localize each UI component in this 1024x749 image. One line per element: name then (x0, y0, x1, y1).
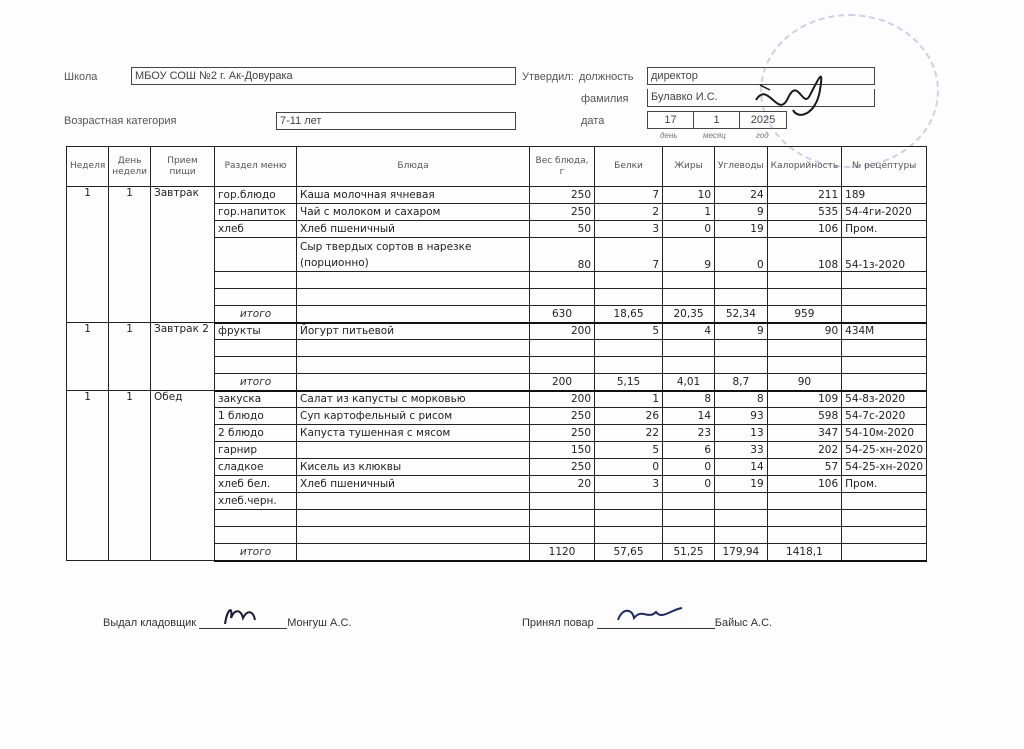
section-cell (215, 289, 297, 306)
section-cell: 2 блюдо (215, 425, 297, 442)
recipe-cell (842, 357, 927, 374)
protein-cell: 5 (595, 442, 663, 459)
kcal-cell (767, 510, 841, 527)
date-month-field[interactable]: 1 (693, 111, 740, 129)
kcal-cell: 211 (767, 187, 841, 204)
section-cell: гор.блюдо (215, 187, 297, 204)
section-cell (215, 357, 297, 374)
weight-cell: 80 (530, 238, 595, 272)
age-category-label: Возрастная категория (64, 115, 176, 127)
section-cell (215, 510, 297, 527)
protein-cell (595, 510, 663, 527)
total-protein: 18,65 (595, 306, 663, 323)
dish-cell: Сыр твердых сортов в нарезке (порционно) (297, 238, 530, 272)
section-cell: хлеб бел. (215, 476, 297, 493)
dish-cell (297, 527, 530, 544)
weight-cell (530, 510, 595, 527)
protein-cell (595, 272, 663, 289)
issued-label: Выдал кладовщик (103, 617, 196, 629)
issued-name: Монгуш А.С. (287, 617, 351, 629)
recipe-cell (842, 527, 927, 544)
column-header: Жиры (663, 147, 715, 187)
kcal-cell: 109 (767, 391, 841, 408)
dish-cell (297, 340, 530, 357)
section-cell: гор.напиток (215, 204, 297, 221)
column-header: № рецептуры (842, 147, 927, 187)
weight-cell: 150 (530, 442, 595, 459)
weight-cell (530, 527, 595, 544)
carbs-cell (715, 272, 768, 289)
total-weight: 630 (530, 306, 595, 323)
kcal-cell: 535 (767, 204, 841, 221)
fat-cell (663, 527, 715, 544)
recipe-cell (842, 493, 927, 510)
recipe-cell: 54-8з-2020 (842, 391, 927, 408)
weight-cell: 250 (530, 187, 595, 204)
section-cell: фрукты (215, 323, 297, 340)
total-kcal: 1418,1 (767, 544, 841, 561)
kcal-cell: 57 (767, 459, 841, 476)
carbs-cell: 19 (715, 221, 768, 238)
kcal-cell (767, 289, 841, 306)
table-row: 11ОбедзакускаСалат из капусты с морковью… (67, 391, 927, 408)
table-row: 11Завтрак 2фруктыЙогурт питьевой20054990… (67, 323, 927, 340)
dish-cell (297, 510, 530, 527)
protein-cell: 7 (595, 238, 663, 272)
column-header: Углеводы (715, 147, 768, 187)
carbs-cell: 14 (715, 459, 768, 476)
total-label: итого (215, 374, 297, 391)
recipe-cell: 54-7с-2020 (842, 408, 927, 425)
protein-cell: 22 (595, 425, 663, 442)
weight-cell (530, 272, 595, 289)
weight-cell: 250 (530, 425, 595, 442)
day-cell: 1 (109, 323, 151, 391)
fat-cell: 10 (663, 187, 715, 204)
protein-cell (595, 340, 663, 357)
carbs-cell: 13 (715, 425, 768, 442)
kcal-cell: 598 (767, 408, 841, 425)
dish-cell (297, 493, 530, 510)
recipe-cell: 434М (842, 323, 927, 340)
total-fat: 51,25 (663, 544, 715, 561)
total-carbs: 179,94 (715, 544, 768, 561)
weight-cell (530, 289, 595, 306)
kcal-cell (767, 272, 841, 289)
fat-cell (663, 289, 715, 306)
dish-cell (297, 272, 530, 289)
date-label: дата (581, 115, 604, 127)
dish-cell: Салат из капусты с морковью (297, 391, 530, 408)
dish-cell: Чай с молоком и сахаром (297, 204, 530, 221)
week-cell: 1 (67, 323, 109, 391)
weight-cell: 200 (530, 323, 595, 340)
weight-cell (530, 340, 595, 357)
protein-cell (595, 493, 663, 510)
director-signature (748, 60, 838, 140)
recipe-cell: Пром. (842, 476, 927, 493)
protein-cell: 3 (595, 221, 663, 238)
carbs-cell (715, 340, 768, 357)
recipe-cell (842, 340, 927, 357)
section-cell: хлеб.черн. (215, 493, 297, 510)
recipe-cell: 54-1з-2020 (842, 238, 927, 272)
fat-cell: 0 (663, 221, 715, 238)
weight-cell: 250 (530, 408, 595, 425)
fat-cell: 23 (663, 425, 715, 442)
total-carbs: 8,7 (715, 374, 768, 391)
meal-cell: Завтрак 2 (151, 323, 215, 391)
day-caption: день (660, 131, 677, 140)
fat-cell: 6 (663, 442, 715, 459)
total-label: итого (215, 544, 297, 561)
carbs-cell: 0 (715, 238, 768, 272)
total-label: итого (215, 306, 297, 323)
total-weight: 1120 (530, 544, 595, 561)
carbs-cell: 24 (715, 187, 768, 204)
fat-cell: 0 (663, 459, 715, 476)
received-name: Байыс А.С. (715, 617, 772, 629)
approved-label: Утвердил: (522, 71, 574, 83)
recipe-cell: 54-25-хн-2020 (842, 459, 927, 476)
total-recipe-cell (842, 544, 927, 561)
meal-cell: Завтрак (151, 187, 215, 323)
fat-cell (663, 272, 715, 289)
fat-cell: 9 (663, 238, 715, 272)
protein-cell: 1 (595, 391, 663, 408)
dish-cell: Суп картофельный с рисом (297, 408, 530, 425)
week-cell: 1 (67, 187, 109, 323)
cook-signature (612, 602, 692, 626)
position-label: должность (579, 71, 634, 83)
received-label: Принял повар (522, 617, 594, 629)
carbs-cell (715, 510, 768, 527)
total-recipe-cell (842, 374, 927, 391)
fat-cell: 4 (663, 323, 715, 340)
weight-cell (530, 493, 595, 510)
kcal-cell: 202 (767, 442, 841, 459)
recipe-cell: 54-10м-2020 (842, 425, 927, 442)
kcal-cell: 347 (767, 425, 841, 442)
weight-cell: 250 (530, 459, 595, 476)
weight-cell: 20 (530, 476, 595, 493)
section-cell (215, 527, 297, 544)
school-field[interactable]: МБОУ СОШ №2 г. Ак-Довурака (131, 67, 516, 85)
protein-cell: 3 (595, 476, 663, 493)
carbs-cell (715, 527, 768, 544)
total-recipe-cell (842, 306, 927, 323)
dish-cell: Каша молочная ячневая (297, 187, 530, 204)
carbs-cell (715, 357, 768, 374)
fat-cell: 0 (663, 476, 715, 493)
carbs-cell: 33 (715, 442, 768, 459)
fat-cell: 8 (663, 391, 715, 408)
section-cell (215, 272, 297, 289)
total-dish-cell (297, 544, 530, 561)
carbs-cell (715, 493, 768, 510)
column-header: Белки (595, 147, 663, 187)
total-fat: 4,01 (663, 374, 715, 391)
kcal-cell (767, 357, 841, 374)
weight-cell: 50 (530, 221, 595, 238)
kcal-cell (767, 340, 841, 357)
section-cell: гарнир (215, 442, 297, 459)
dish-cell (297, 357, 530, 374)
column-header: Раздел меню (215, 147, 297, 187)
kcal-cell (767, 527, 841, 544)
carbs-cell: 9 (715, 323, 768, 340)
fat-cell (663, 510, 715, 527)
section-cell (215, 340, 297, 357)
table-row: 11Завтракгор.блюдоКаша молочная ячневая2… (67, 187, 927, 204)
carbs-cell: 19 (715, 476, 768, 493)
column-header: Прием пищи (151, 147, 215, 187)
carbs-cell: 93 (715, 408, 768, 425)
fat-cell (663, 493, 715, 510)
total-dish-cell (297, 306, 530, 323)
age-category-field[interactable]: 7-11 лет (276, 112, 516, 130)
total-kcal: 959 (767, 306, 841, 323)
dish-cell: Капуста тушенная с мясом (297, 425, 530, 442)
dish-cell (297, 442, 530, 459)
recipe-cell: 54-25-хн-2020 (842, 442, 927, 459)
protein-cell (595, 357, 663, 374)
weight-cell (530, 357, 595, 374)
fat-cell: 1 (663, 204, 715, 221)
meal-cell: Обед (151, 391, 215, 561)
protein-cell: 5 (595, 323, 663, 340)
total-weight: 200 (530, 374, 595, 391)
menu-table: НеделяДень неделиПрием пищиРаздел менюБл… (66, 146, 927, 562)
fat-cell (663, 340, 715, 357)
fat-cell: 14 (663, 408, 715, 425)
month-caption: месяц (703, 131, 726, 140)
protein-cell (595, 289, 663, 306)
surname-label: фамилия (581, 93, 628, 105)
column-header: Неделя (67, 147, 109, 187)
section-cell (215, 238, 297, 272)
section-cell: сладкое (215, 459, 297, 476)
dish-cell (297, 289, 530, 306)
day-cell: 1 (109, 391, 151, 561)
column-header: Блюда (297, 147, 530, 187)
day-cell: 1 (109, 187, 151, 323)
total-protein: 57,65 (595, 544, 663, 561)
kcal-cell: 90 (767, 323, 841, 340)
section-cell: хлеб (215, 221, 297, 238)
carbs-cell: 9 (715, 204, 768, 221)
protein-cell: 0 (595, 459, 663, 476)
column-header: Калорийность (767, 147, 841, 187)
total-dish-cell (297, 374, 530, 391)
recipe-cell (842, 289, 927, 306)
weight-cell: 250 (530, 204, 595, 221)
recipe-cell: Пром. (842, 221, 927, 238)
protein-cell (595, 527, 663, 544)
dish-cell: Хлеб пшеничный (297, 221, 530, 238)
weight-cell: 200 (530, 391, 595, 408)
carbs-cell: 8 (715, 391, 768, 408)
week-cell: 1 (67, 391, 109, 561)
recipe-cell (842, 272, 927, 289)
school-label: Школа (64, 71, 97, 83)
fat-cell (663, 357, 715, 374)
date-day-field[interactable]: 17 (647, 111, 694, 129)
kcal-cell: 106 (767, 221, 841, 238)
kcal-cell (767, 493, 841, 510)
dish-cell: Йогурт питьевой (297, 323, 530, 340)
kcal-cell: 108 (767, 238, 841, 272)
storekeeper-signature (215, 600, 265, 628)
total-protein: 5,15 (595, 374, 663, 391)
kcal-cell: 106 (767, 476, 841, 493)
table-header-row: НеделяДень неделиПрием пищиРаздел менюБл… (67, 147, 927, 187)
protein-cell: 26 (595, 408, 663, 425)
protein-cell: 2 (595, 204, 663, 221)
recipe-cell (842, 510, 927, 527)
carbs-cell (715, 289, 768, 306)
total-kcal: 90 (767, 374, 841, 391)
section-cell: закуска (215, 391, 297, 408)
dish-cell: Хлеб пшеничный (297, 476, 530, 493)
total-carbs: 52,34 (715, 306, 768, 323)
column-header: Вес блюда, г (530, 147, 595, 187)
protein-cell: 7 (595, 187, 663, 204)
recipe-cell: 189 (842, 187, 927, 204)
dish-cell: Кисель из клюквы (297, 459, 530, 476)
total-fat: 20,35 (663, 306, 715, 323)
section-cell: 1 блюдо (215, 408, 297, 425)
column-header: День недели (109, 147, 151, 187)
recipe-cell: 54-4ги-2020 (842, 204, 927, 221)
